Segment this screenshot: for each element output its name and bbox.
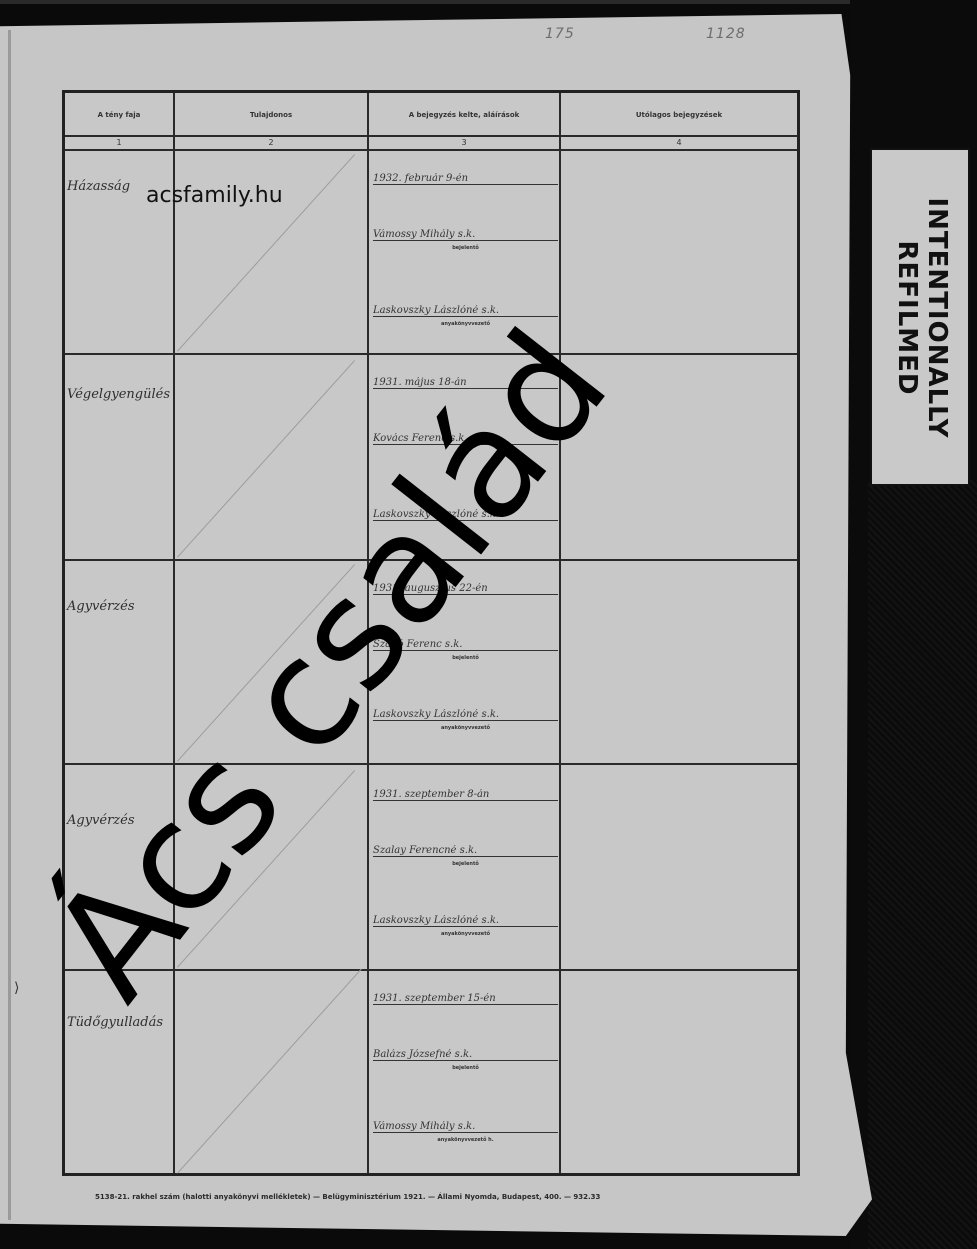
- column-number: 1: [65, 138, 173, 147]
- margin-mark: ⟩: [14, 980, 19, 996]
- event-type: Végelgyengülés: [67, 385, 171, 405]
- header-divider: [65, 149, 797, 151]
- top-border: [0, 0, 977, 4]
- column-number: 2: [175, 138, 367, 147]
- entry-declarant: Vámossy Mihály s.k.: [373, 229, 558, 241]
- watermark-url: acsfamily.hu: [146, 183, 283, 208]
- entry-label: bejelentő: [373, 1065, 558, 1071]
- entry-date: 1931. szeptember 15-én: [373, 993, 558, 1005]
- column-number: 3: [369, 138, 559, 147]
- refilmed-tab: INTENTIONALLY REFILMED: [870, 148, 970, 486]
- header-divider: [65, 135, 797, 137]
- header-later-entries: Utólagos bejegyzések: [561, 111, 797, 119]
- event-type: Agyvérzés: [67, 597, 171, 617]
- entry-label: bejelentő: [373, 245, 558, 251]
- header-owner: Tulajdonos: [175, 111, 367, 119]
- form-footer: 5138-21. rakhel szám (halotti anyakönyvi…: [95, 1193, 600, 1201]
- page-number-left: 175: [545, 26, 575, 42]
- entry-date: 1932. február 9-én: [373, 173, 558, 185]
- refilmed-line-2: REFILMED: [892, 198, 922, 439]
- row-divider: [65, 353, 797, 355]
- entry-label: anyakönyvvezető h.: [373, 1137, 558, 1143]
- entry-registrar: Laskovszky Lászlóné s.k.: [373, 915, 558, 927]
- refilmed-line-1: INTENTIONALLY: [922, 198, 952, 439]
- entry-registrar: Laskovszky Lászlóné s.k.: [373, 305, 558, 317]
- refilmed-label: INTENTIONALLY REFILMED: [892, 198, 952, 439]
- cancel-diagonal: [177, 969, 362, 1174]
- entry-declarant: Szalay Ferencné s.k.: [373, 845, 558, 857]
- column-divider: [173, 93, 175, 1173]
- header-event-type: A tény faja: [65, 111, 173, 119]
- binding-edge: [8, 30, 11, 1220]
- entry-date: 1931. szeptember 8-án: [373, 789, 558, 801]
- header-entry-date: A bejegyzés kelte, aláírások: [369, 111, 559, 119]
- page-number-right: 1128: [706, 26, 746, 42]
- column-divider: [559, 93, 561, 1173]
- entry-label: bejelentő: [373, 861, 558, 867]
- entry-registrar: Vámossy Mihály s.k.: [373, 1121, 558, 1133]
- scanner-texture: [868, 480, 977, 1249]
- entry-label: anyakönyvvezető: [373, 931, 558, 937]
- entry-label: anyakönyvvezető: [373, 725, 558, 731]
- entry-declarant: Balázs Józsefné s.k.: [373, 1049, 558, 1061]
- column-number: 4: [561, 138, 797, 147]
